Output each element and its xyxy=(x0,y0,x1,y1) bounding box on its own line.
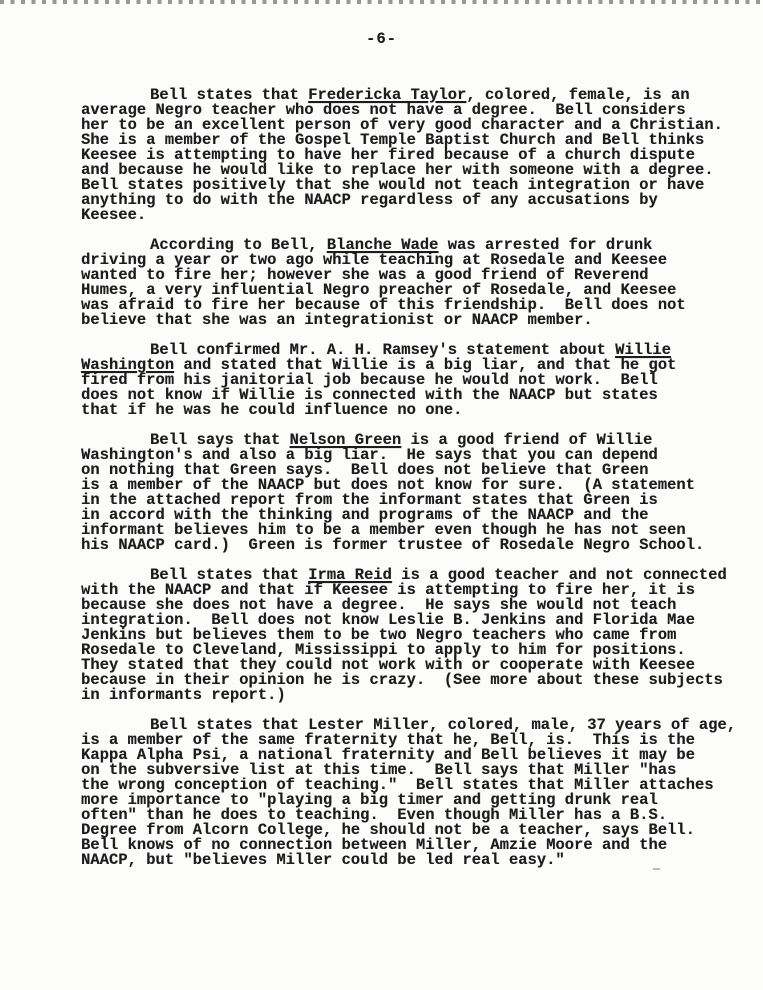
page-number: -6- xyxy=(0,31,763,47)
stray-mark xyxy=(653,868,660,870)
text-line: his NAACP card.) Green is former trustee… xyxy=(81,538,746,553)
paragraph: Bell says that Nelson Green is a good fr… xyxy=(81,433,746,553)
text-line: Keesee. xyxy=(81,208,746,223)
paragraph: Bell states that Fredericka Taylor, colo… xyxy=(81,88,746,223)
paragraph: Bell states that Lester Miller, colored,… xyxy=(81,718,746,868)
paragraph: Bell confirmed Mr. A. H. Ramsey's statem… xyxy=(81,343,746,418)
text-line: in informants report.) xyxy=(81,688,746,703)
document-body: Bell states that Fredericka Taylor, colo… xyxy=(81,88,746,883)
paragraph: Bell states that Irma Reid is a good tea… xyxy=(81,568,746,703)
text-line: NAACP, but "believes Miller could be led… xyxy=(81,853,746,868)
paragraph: According to Bell, Blanche Wade was arre… xyxy=(81,238,746,328)
document-page: -6- Bell states that Fredericka Taylor, … xyxy=(0,0,763,990)
text-line: believe that she was an integrationist o… xyxy=(81,313,746,328)
text-line: that if he was he could influence no one… xyxy=(81,403,746,418)
top-dotted-border xyxy=(0,0,763,4)
text-line: anything to do with the NAACP regardless… xyxy=(81,193,746,208)
